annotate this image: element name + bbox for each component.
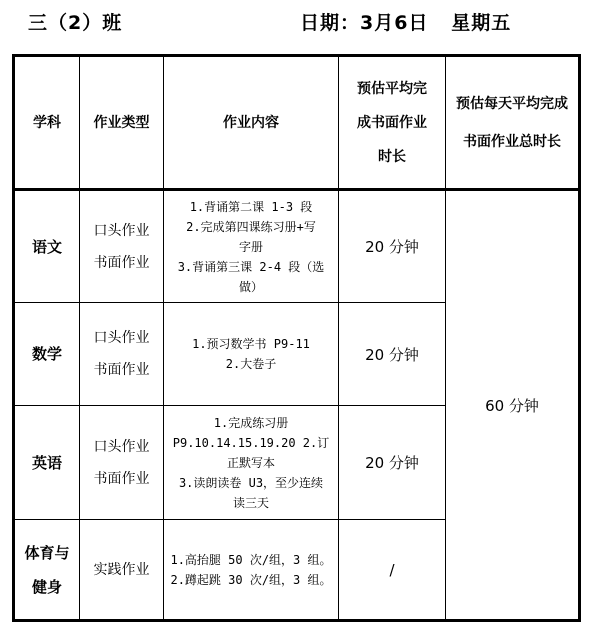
subject-cell: 数学	[14, 303, 80, 406]
total-time-cell: 60 分钟	[446, 190, 580, 621]
content-cell: 1.预习数学书 P9-11 2.大卷子	[164, 303, 339, 406]
type-cell: 口头作业 书面作业	[80, 190, 164, 303]
content-cell: 1.完成练习册 P9.10.14.15.19.20 2.订 正默写本 3.读朗读…	[164, 406, 339, 520]
table-header-row: 学科 作业类型 作业内容 预估平均完 成书面作业 时长 预估每天平均完成 书面作…	[14, 56, 580, 190]
col-type: 作业类型	[80, 56, 164, 190]
date-label: 日期：3月6日 星期五	[300, 8, 511, 35]
time-cell: /	[339, 520, 446, 621]
type-cell: 口头作业 书面作业	[80, 303, 164, 406]
time-cell: 20 分钟	[339, 303, 446, 406]
class-name: 三（2）班	[28, 8, 122, 35]
subject-cell: 语文	[14, 190, 80, 303]
homework-table: 学科 作业类型 作业内容 预估平均完 成书面作业 时长 预估每天平均完成 书面作…	[12, 54, 581, 622]
content-cell: 1.高抬腿 50 次/组，3 组。 2.蹲起跳 30 次/组，3 组。	[164, 520, 339, 621]
col-content: 作业内容	[164, 56, 339, 190]
time-cell: 20 分钟	[339, 406, 446, 520]
content-cell: 1.背诵第二课 1-3 段 2.完成第四课练习册+写 字册 3.背诵第三课 2-…	[164, 190, 339, 303]
subject-cell: 体育与 健身	[14, 520, 80, 621]
col-est-time: 预估平均完 成书面作业 时长	[339, 56, 446, 190]
table-row: 语文 口头作业 书面作业 1.背诵第二课 1-3 段 2.完成第四课练习册+写 …	[14, 190, 580, 303]
col-subject: 学科	[14, 56, 80, 190]
type-cell: 口头作业 书面作业	[80, 406, 164, 520]
type-cell: 实践作业	[80, 520, 164, 621]
time-cell: 20 分钟	[339, 190, 446, 303]
col-total-time: 预估每天平均完成 书面作业总时长	[446, 56, 580, 190]
subject-cell: 英语	[14, 406, 80, 520]
